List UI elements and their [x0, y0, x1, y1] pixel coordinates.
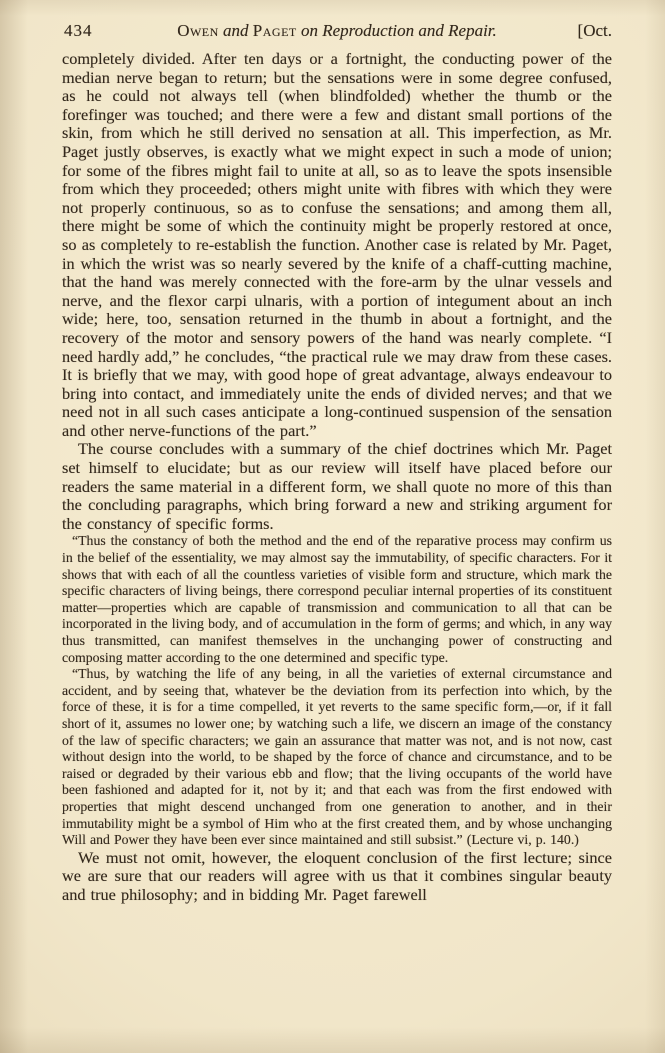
book-page: 434 Owen and Paget on Reproduction and R… [0, 0, 665, 1053]
block-quote-watching-life: “Thus, by watching the life of any being… [62, 666, 612, 849]
page-body: completely divided. After ten days or a … [62, 50, 612, 905]
running-title-and: and [223, 21, 249, 40]
running-title-author-paget: Paget [253, 21, 297, 40]
paragraph-continuation: completely divided. After ten days or a … [62, 50, 612, 440]
block-quote-constancy: “Thus the constancy of both the method a… [62, 533, 612, 666]
running-title-subject: on Reproduction and Repair. [301, 21, 497, 40]
paragraph-course-concludes: The course concludes with a summary of t… [62, 440, 612, 533]
page-number: 434 [64, 20, 93, 42]
paragraph-conclusion: We must not omit, however, the eloquent … [62, 849, 612, 905]
running-title: Owen and Paget on Reproduction and Repai… [62, 20, 612, 42]
running-title-author-owen: Owen [177, 21, 219, 40]
issue-month: [Oct. [578, 20, 612, 42]
running-head: 434 Owen and Paget on Reproduction and R… [62, 20, 612, 42]
